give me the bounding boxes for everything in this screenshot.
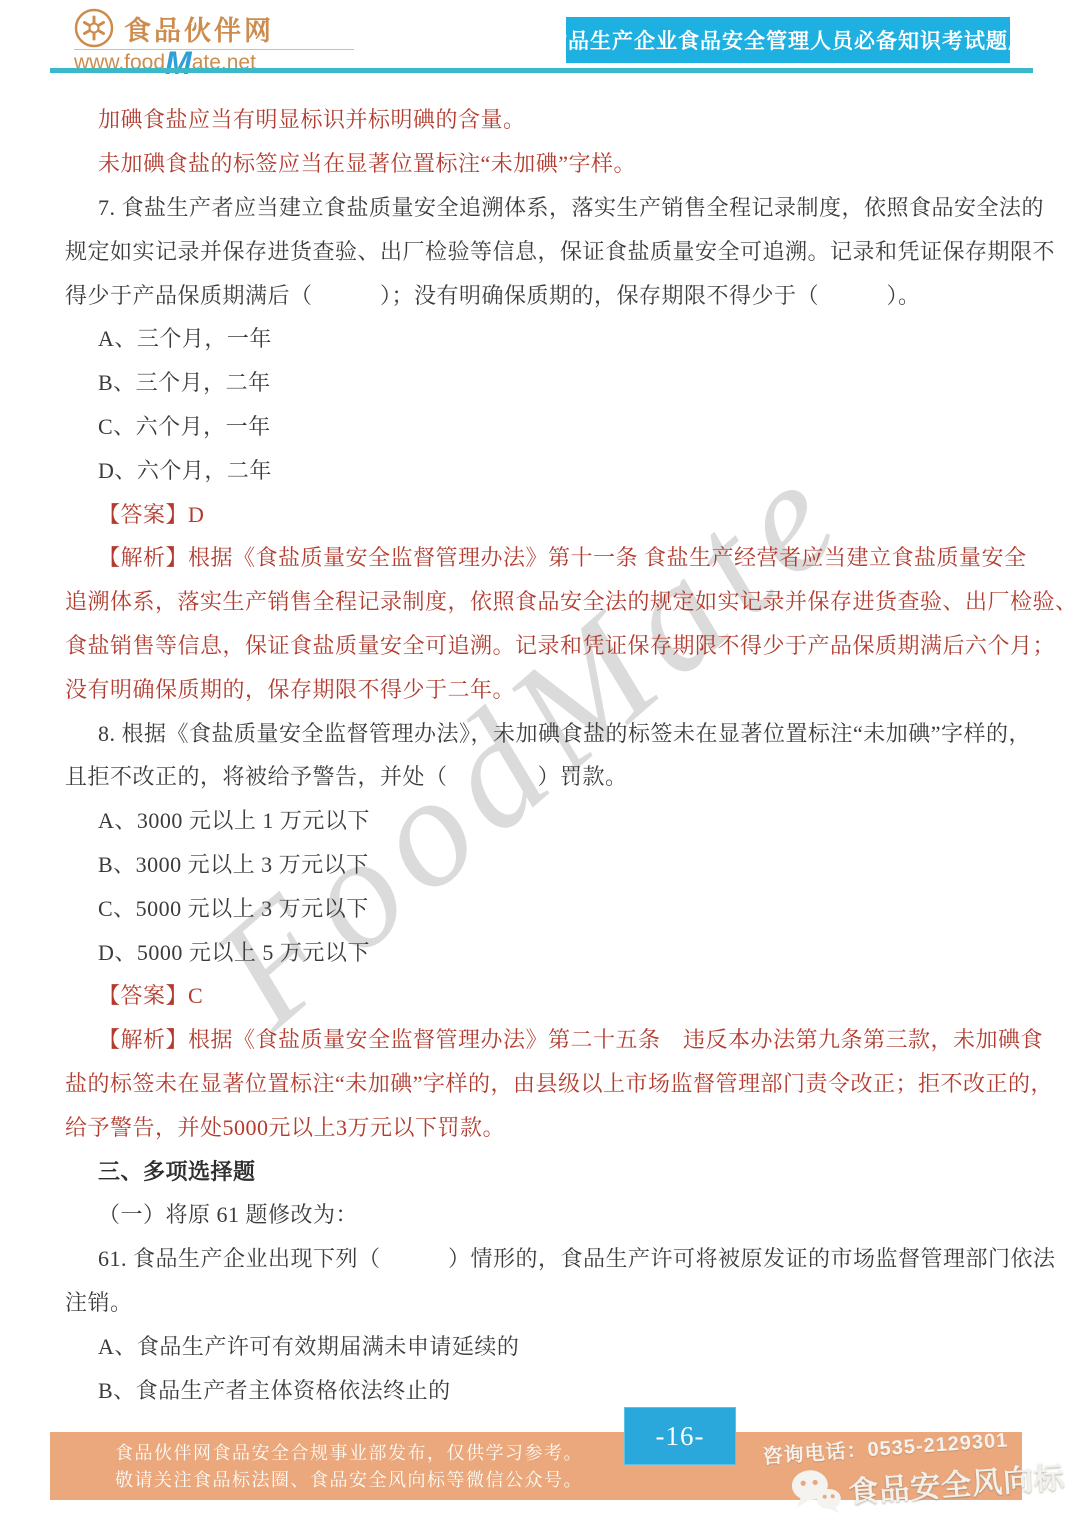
wechat-account-name: 食品安全风向标 xyxy=(847,1453,1067,1512)
footer-notice-line1: 食品伙伴网食品安全合规事业部发布，仅供学习参考。 xyxy=(115,1440,583,1467)
text-line: 加碘食盐应当有明显标识并标明碘的含量。 xyxy=(65,97,1040,141)
text-line: C、5000 元以上 3 万元以下 xyxy=(65,885,1040,929)
text-line: C、六个月，一年 xyxy=(65,404,1040,448)
text-line: A、3000 元以上 1 万元以下 xyxy=(65,798,1040,842)
text-line: 【解析】根据《食盐质量安全监督管理办法》第二十五条 违反本办法第九条第三款，未加… xyxy=(65,1017,1040,1061)
foodmate-logo: 食品伙伴网 www.foodMate.net xyxy=(74,8,354,75)
text-line: 8. 根据《食盐质量安全监督管理办法》，未加碘食盐的标签未在显著位置标注“未加碘… xyxy=(65,710,1040,754)
header-rule xyxy=(50,68,1033,73)
text-line: 给予警告，并处5000元以上3万元以下罚款。 xyxy=(65,1104,1040,1148)
text-line: B、三个月，二年 xyxy=(65,360,1040,404)
text-line: D、5000 元以上 5 万元以下 xyxy=(65,929,1040,973)
text-line: 追溯体系，落实生产销售全程记录制度，依照食品安全法的规定如实记录并保存进货查验、… xyxy=(65,579,1040,623)
text-line: 盐的标签未在显著位置标注“未加碘”字样的，由县级以上市场监督管理部门责令改正；拒… xyxy=(65,1061,1040,1105)
text-line: 【答案】C xyxy=(65,973,1040,1017)
document-page: 食品伙伴网 www.foodMate.net 食品生产企业食品安全管理人员必备知… xyxy=(0,0,1080,1527)
text-line: 没有明确保质期的，保存期限不得少于二年。 xyxy=(65,666,1040,710)
foodmate-flower-icon xyxy=(74,8,114,48)
page-number-badge: -16- xyxy=(624,1407,736,1465)
text-line: B、3000 元以上 3 万元以下 xyxy=(65,842,1040,886)
logo-top: 食品伙伴网 xyxy=(74,8,354,48)
page-number: -16- xyxy=(656,1421,705,1452)
text-line: D、六个月，二年 xyxy=(65,447,1040,491)
text-line: 【答案】D xyxy=(65,491,1040,535)
text-line: 注销。 xyxy=(65,1280,1040,1324)
header: 食品伙伴网 www.foodMate.net 食品生产企业食品安全管理人员必备知… xyxy=(0,0,1080,76)
text-line: 7. 食盐生产者应当建立食盐质量安全追溯体系，落实生产销售全程记录制度，依照食品… xyxy=(65,185,1040,229)
text-line: 且拒不改正的，将被给予警告，并处（ ）罚款。 xyxy=(65,754,1040,798)
text-line: （一）将原 61 题修改为： xyxy=(65,1192,1040,1236)
text-line: 得少于产品保质期满后（ ）；没有明确保质期的，保存期限不得少于（ ）。 xyxy=(65,272,1040,316)
text-line: A、三个月，一年 xyxy=(65,316,1040,360)
text-line: 未加碘食盐的标签应当在显著位置标注“未加碘”字样。 xyxy=(65,141,1040,185)
wechat-icon xyxy=(789,1466,844,1518)
logo-brand: 食品伙伴网 xyxy=(124,9,274,48)
footer-notice-line2: 敬请关注食品标法圈、食品安全风向标等微信公众号。 xyxy=(115,1467,583,1494)
text-line: B、食品生产者主体资格依法终止的 xyxy=(65,1367,1040,1411)
text-line: 三、多项选择题 xyxy=(65,1148,1040,1192)
banner-title: 食品生产企业食品安全管理人员必备知识考试题库 xyxy=(566,17,1010,63)
text-line: 食盐销售等信息，保证食盐质量安全可追溯。记录和凭证保存期限不得少于产品保质期满后… xyxy=(65,623,1040,667)
footer-notice: 食品伙伴网食品安全合规事业部发布，仅供学习参考。 敬请关注食品标法圈、食品安全风… xyxy=(115,1440,583,1494)
text-line: 61. 食品生产企业出现下列（ ）情形的，食品生产许可将被原发证的市场监督管理部… xyxy=(65,1236,1040,1280)
document-body: 加碘食盐应当有明显标识并标明碘的含量。未加碘食盐的标签应当在显著位置标注“未加碘… xyxy=(65,97,1040,1411)
text-line: 规定如实记录并保存进货查验、出厂检验等信息，保证食盐质量安全可追溯。记录和凭证保… xyxy=(65,228,1040,272)
text-line: A、食品生产许可有效期届满未申请延续的 xyxy=(65,1323,1040,1367)
text-line: 【解析】根据《食盐质量安全监督管理办法》第十一条 食盐生产经营者应当建立食盐质量… xyxy=(65,535,1040,579)
